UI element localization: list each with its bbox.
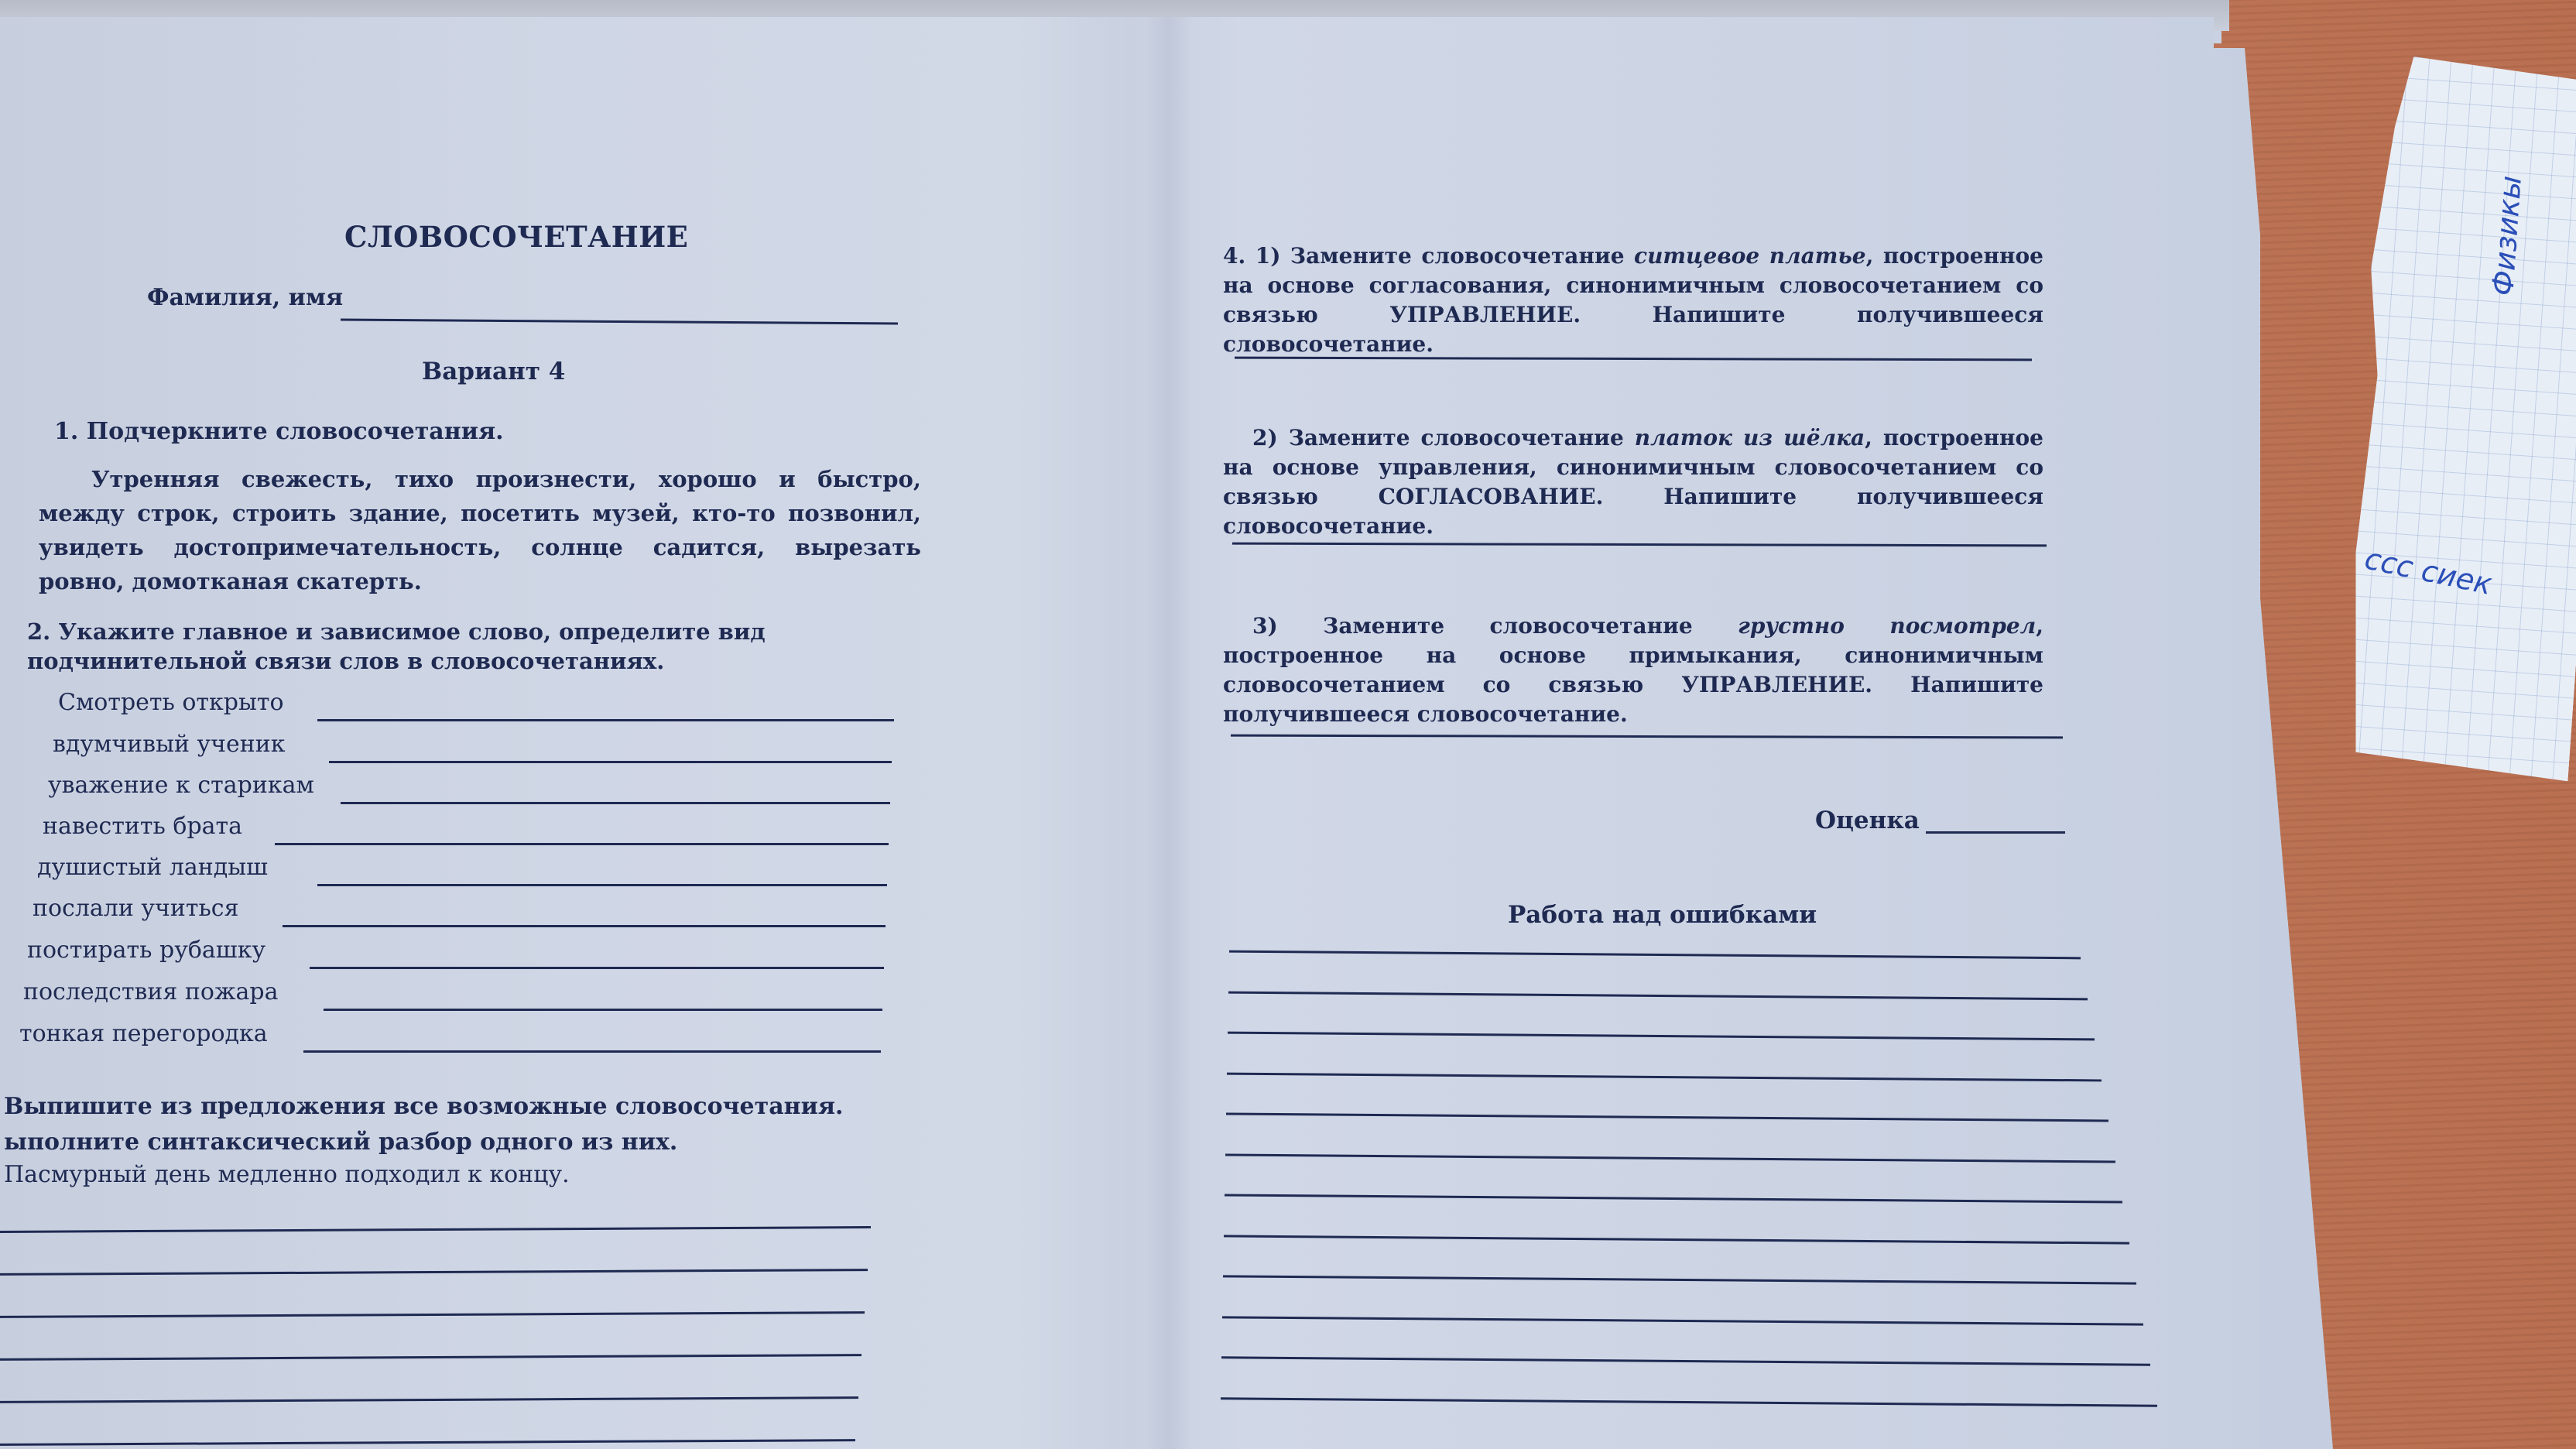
phrase-answer-line[interactable] xyxy=(317,719,894,721)
answer-line[interactable] xyxy=(0,1311,865,1318)
errors-line[interactable] xyxy=(1225,1194,2122,1203)
phrase-label: уважение к старикам xyxy=(48,772,314,799)
phrase-answer-line[interactable] xyxy=(283,925,885,927)
phrase-row: душистый ландыш xyxy=(37,854,887,889)
task3-sentence: Пасмурный день медленно подходил к концу… xyxy=(4,1161,570,1188)
worksheet-title: СЛОВОСОЧЕТАНИЕ xyxy=(344,220,688,254)
task4-phrase: грустно посмотрел xyxy=(1738,613,2036,639)
errors-line[interactable] xyxy=(1224,1235,2129,1244)
errors-line[interactable] xyxy=(1227,1072,2102,1081)
task4-item: 3) Замените словосочетание грустно посмо… xyxy=(1223,611,2043,729)
errors-line[interactable] xyxy=(1225,1153,2115,1163)
errors-line[interactable] xyxy=(1229,951,2081,960)
task4-phrase: ситцевое платье xyxy=(1634,243,1866,269)
task3-heading: Выпишите из предложения все возможные сл… xyxy=(4,1089,894,1160)
name-label: Фамилия, имя xyxy=(147,284,343,311)
grade-label: Оценка xyxy=(1815,807,1920,834)
phrase-answer-line[interactable] xyxy=(303,1050,881,1053)
phrase-label: тонкая перегородка xyxy=(19,1020,268,1047)
answer-line[interactable] xyxy=(0,1396,858,1403)
phrase-answer-line[interactable] xyxy=(341,802,890,804)
phrase-row: вдумчивый ученик xyxy=(53,731,892,766)
task4-answer-line[interactable] xyxy=(1232,543,2047,547)
phrase-answer-line[interactable] xyxy=(324,1009,882,1011)
errors-line[interactable] xyxy=(1221,1397,2157,1407)
phrase-row: постирать рубашку xyxy=(27,937,884,972)
phrase-label: душистый ландыш xyxy=(37,854,268,881)
task1-heading: 1. Подчеркните словосочетания. xyxy=(54,418,504,445)
phrase-row: уважение к старикам xyxy=(48,772,890,807)
phrase-answer-line[interactable] xyxy=(275,843,889,845)
phrase-row: Смотреть открыто xyxy=(58,689,894,724)
phrase-label: послали учиться xyxy=(33,895,239,922)
errors-line[interactable] xyxy=(1222,1316,2143,1325)
task4-answer-line[interactable] xyxy=(1231,735,2063,739)
task2-heading: 2. Укажите главное и зависимое слово, оп… xyxy=(27,617,909,676)
phrase-row: последствия пожара xyxy=(23,978,882,1014)
worksheet-spread: СЛОВОСОЧЕТАНИЕ Фамилия, имя Вариант 4 1.… xyxy=(0,17,2260,1449)
phrase-answer-line[interactable] xyxy=(329,761,892,763)
phrase-label: Смотреть открыто xyxy=(58,689,284,716)
errors-line[interactable] xyxy=(1228,1032,2095,1041)
answer-line[interactable] xyxy=(0,1439,855,1446)
variant-label: Вариант 4 xyxy=(422,358,565,385)
handwriting: ссс сиек xyxy=(2362,541,2495,601)
phrase-label: навестить брата xyxy=(43,813,242,840)
task4-item: 2) Замените словосочетание платок из шёл… xyxy=(1223,423,2043,541)
task4-item: 4. 1) Замените словосочетание ситцевое п… xyxy=(1223,241,2043,359)
errors-line[interactable] xyxy=(1221,1356,2150,1365)
phrase-row: навестить брата xyxy=(43,813,889,848)
phrase-label: последствия пожара xyxy=(23,978,279,1005)
handwriting: Физикы xyxy=(2485,175,2528,297)
phrase-row: послали учиться xyxy=(33,895,885,930)
answer-line[interactable] xyxy=(0,1269,868,1276)
task1-text: Утренняя свежесть, тихо произнести, хоро… xyxy=(39,462,921,598)
errors-title: Работа над ошибками xyxy=(1508,901,1817,929)
name-field[interactable] xyxy=(341,318,898,324)
phrase-label: постирать рубашку xyxy=(27,937,265,964)
answer-line[interactable] xyxy=(0,1226,871,1233)
errors-line[interactable] xyxy=(1226,1113,2108,1122)
errors-line[interactable] xyxy=(1223,1275,2136,1284)
answer-line[interactable] xyxy=(0,1354,862,1361)
phrase-answer-line[interactable] xyxy=(317,884,887,886)
task4-phrase: платок из шёлка xyxy=(1635,425,1865,450)
phrase-answer-line[interactable] xyxy=(310,967,884,969)
phrase-row: тонкая перегородка xyxy=(19,1020,881,1056)
grade-field[interactable] xyxy=(1926,831,2065,834)
phrase-label: вдумчивый ученик xyxy=(53,731,285,758)
errors-line[interactable] xyxy=(1228,991,2088,1000)
